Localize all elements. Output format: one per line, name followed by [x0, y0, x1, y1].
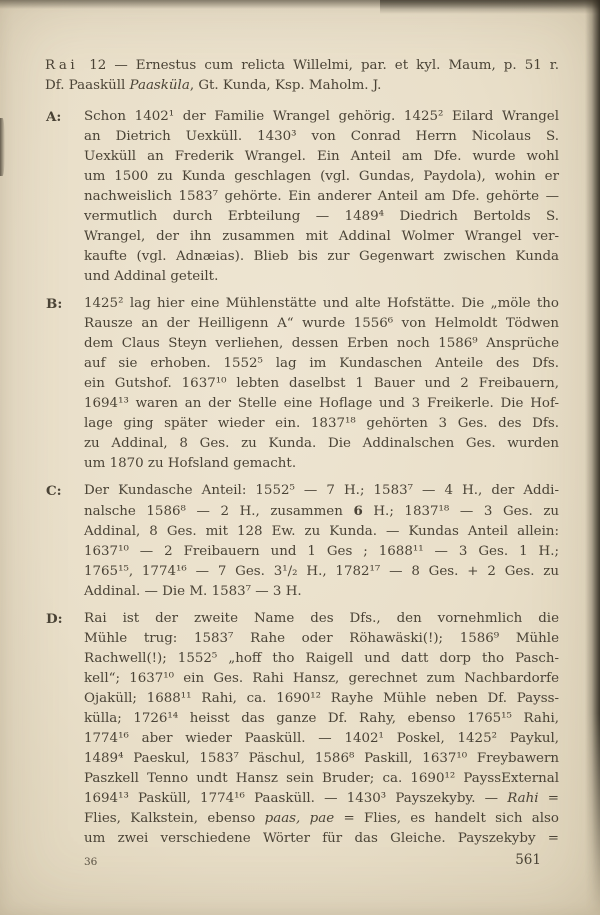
text-line: 1774¹⁶ aber wieder Paasküll. — 1402¹ Pos…: [84, 729, 559, 749]
text-segment: 1774¹⁶ aber wieder Paasküll. — 1402¹ Pos…: [84, 731, 559, 746]
text-line: 1694¹³ waren an der Stelle eine Hoflage …: [84, 394, 559, 414]
text-line: um zwei verschiedene Wörter für das Glei…: [84, 829, 559, 849]
text-line: nachweislich 1583⁷ gehörte. Ein anderer …: [84, 187, 559, 207]
text-segment: auf sie erhoben. 1552⁵ lag im Kundaschen…: [84, 356, 559, 371]
text-segment: nachweislich 1583⁷ gehörte. Ein anderer …: [84, 189, 559, 204]
entry-b: B:1425² lag hier eine Mühlenstätte und a…: [45, 294, 559, 474]
text-line: külla; 1726¹⁴ heisst das ganze Df. Rahy,…: [84, 709, 559, 729]
text-segment: Df. Paasküll: [45, 78, 130, 93]
text-segment: H.; 1837¹⁸ — 3 Ges. zu: [363, 504, 559, 519]
footer-page-number-right: 561: [515, 852, 541, 868]
entry-lines: Rai ist der zweite Name des Dfs., den vo…: [84, 609, 559, 849]
entry-label: C:: [46, 481, 62, 501]
footer-page-number-left: 36: [84, 856, 97, 868]
text-line: um 1500 zu Kunda geschlagen (vgl. Gundas…: [84, 167, 559, 187]
text-segment: und Addinal geteilt.: [84, 269, 218, 284]
book-page: Rai 12 — Ernestus cum relicta Willelmi, …: [0, 0, 600, 915]
text-segment: 1489⁴ Paeskul, 1583⁷ Päschul, 1586⁸ Pask…: [84, 751, 559, 766]
text-segment: Rai ist der zweite Name des Dfs., den vo…: [84, 611, 559, 626]
text-line: Rausze an der Heilligenn A“ wurde 1556⁶ …: [84, 314, 559, 334]
entry-label: B:: [46, 294, 62, 314]
text-segment: vermutlich durch Erbteilung — 1489⁴ Died…: [84, 209, 559, 224]
entries: A:Schon 1402¹ der Familie Wrangel gehöri…: [45, 107, 559, 849]
text-line: Addinal. — Die M. 1583⁷ — 3 H.: [84, 582, 559, 602]
text-line: und Addinal geteilt.: [84, 267, 559, 287]
text-segment: Rausze an der Heilligenn A“ wurde 1556⁶ …: [84, 316, 559, 331]
entry-lines: Der Kundasche Anteil: 1552⁵ — 7 H.; 1583…: [84, 481, 559, 602]
text-segment: paas, pae: [265, 811, 335, 826]
text-line: um 1870 zu Hofsland gemacht.: [84, 454, 559, 474]
page-header: Rai 12 — Ernestus cum relicta Willelmi, …: [45, 56, 559, 96]
text-segment: nalsche 1586⁸ — 2 H., zusammen: [84, 504, 353, 519]
text-line: ein Gutshof. 1637¹⁰ lebten daselbst 1 Ba…: [84, 374, 559, 394]
text-segment: 1765¹⁵, 1774¹⁶ — 7 Ges. 3¹/₂ H., 1782¹⁷ …: [84, 564, 559, 579]
text-segment: zu Addinal, 8 Ges. zu Kunda. Die Addinal…: [84, 436, 559, 451]
text-line: kaufte (vgl. Adnæias). Blieb bis zur Geg…: [84, 247, 559, 267]
text-line: Flies, Kalkstein, ebenso paas, pae = Fli…: [84, 809, 559, 829]
text-segment: 12 — Ernestus cum relicta Willelmi, par.…: [81, 58, 559, 73]
text-segment: 6: [353, 503, 362, 519]
text-line: 1694¹³ Pasküll, 1774¹⁶ Paasküll. — 1430³…: [84, 789, 559, 809]
page-content: Rai 12 — Ernestus cum relicta Willelmi, …: [45, 56, 559, 849]
text-segment: , Gt. Kunda, Ksp. Maholm. J.: [190, 78, 382, 93]
text-line: Mühle trug: 1583⁷ Rahe oder Röhawäski(!)…: [84, 629, 559, 649]
text-segment: Rahi: [507, 791, 538, 806]
entry-d: D:Rai ist der zweite Name des Dfs., den …: [45, 609, 559, 849]
text-line: zu Addinal, 8 Ges. zu Kunda. Die Addinal…: [84, 434, 559, 454]
text-segment: Mühle trug: 1583⁷ Rahe oder Röhawäski(!)…: [84, 631, 559, 646]
text-segment: Schon 1402¹ der Familie Wrangel gehörig.…: [84, 109, 559, 124]
text-segment: Wrangel, der ihn zusammen mit Addinal Wo…: [84, 229, 559, 244]
text-line: Wrangel, der ihn zusammen mit Addinal Wo…: [84, 227, 559, 247]
text-segment: 1637¹⁰ — 2 Freibauern und 1 Ges ; 1688¹¹…: [84, 544, 559, 559]
text-segment: =: [539, 791, 559, 806]
text-line: Rai ist der zweite Name des Dfs., den vo…: [84, 609, 559, 629]
text-line: Paszkell Tenno undt Hansz sein Bruder; c…: [84, 769, 559, 789]
text-segment: Uexküll an Frederik Wrangel. Ein Anteil …: [84, 149, 559, 164]
right-edge-shadow: [585, 0, 600, 915]
text-line: Uexküll an Frederik Wrangel. Ein Anteil …: [84, 147, 559, 167]
text-segment: Rachwell(!); 1552⁵ „hoff tho Raigell und…: [84, 651, 559, 666]
text-segment: Der Kundasche Anteil: 1552⁵ — 7 H.; 1583…: [84, 483, 559, 498]
text-line: auf sie erhoben. 1552⁵ lag im Kundaschen…: [84, 354, 559, 374]
text-line: vermutlich durch Erbteilung — 1489⁴ Died…: [84, 207, 559, 227]
text-segment: um 1870 zu Hofsland gemacht.: [84, 456, 296, 471]
text-segment: 1425² lag hier eine Mühlenstätte und alt…: [84, 296, 559, 311]
entry-lines: 1425² lag hier eine Mühlenstätte und alt…: [84, 294, 559, 474]
text-line: Rai 12 — Ernestus cum relicta Willelmi, …: [45, 56, 559, 76]
text-segment: 1694¹³ waren an der Stelle eine Hoflage …: [84, 396, 559, 411]
entry-c: C:Der Kundasche Anteil: 1552⁵ — 7 H.; 15…: [45, 481, 559, 602]
entry-a: A:Schon 1402¹ der Familie Wrangel gehöri…: [45, 107, 559, 287]
text-line: kell“; 1637¹⁰ ein Ges. Rahi Hansz, gerec…: [84, 669, 559, 689]
text-line: dem Claus Steyn verliehen, dessen Erben …: [84, 334, 559, 354]
text-line: Df. Paasküll Paasküla, Gt. Kunda, Ksp. M…: [45, 76, 559, 96]
text-line: Rachwell(!); 1552⁵ „hoff tho Raigell und…: [84, 649, 559, 669]
text-line: 1489⁴ Paeskul, 1583⁷ Päschul, 1586⁸ Pask…: [84, 749, 559, 769]
text-line: Ojaküll; 1688¹¹ Rahi, ca. 1690¹² Rayhe M…: [84, 689, 559, 709]
entry-label: D:: [46, 609, 63, 629]
text-line: 1765¹⁵, 1774¹⁶ — 7 Ges. 3¹/₂ H., 1782¹⁷ …: [84, 562, 559, 582]
entry-label: A:: [46, 107, 61, 127]
text-segment: um zwei verschiedene Wörter für das Glei…: [84, 831, 559, 846]
text-segment: = Flies, es handelt sich also: [334, 811, 559, 826]
text-line: 1637¹⁰ — 2 Freibauern und 1 Ges ; 1688¹¹…: [84, 542, 559, 562]
text-segment: Rai: [45, 58, 78, 73]
text-segment: lage ging später wieder ein. 1837¹⁸ gehö…: [84, 416, 559, 431]
text-segment: ein Gutshof. 1637¹⁰ lebten daselbst 1 Ba…: [84, 376, 559, 391]
text-line: Schon 1402¹ der Familie Wrangel gehörig.…: [84, 107, 559, 127]
left-edge-mark: [0, 118, 5, 176]
text-segment: Paszkell Tenno undt Hansz sein Bruder; c…: [84, 771, 559, 786]
text-line: an Dietrich Uexküll. 1430³ von Conrad He…: [84, 127, 559, 147]
text-line: nalsche 1586⁸ — 2 H., zusammen 6 H.; 183…: [84, 501, 559, 522]
text-segment: Addinal. — Die M. 1583⁷ — 3 H.: [84, 584, 302, 599]
top-right-edge-shadow: [380, 0, 600, 14]
text-segment: 1694¹³ Pasküll, 1774¹⁶ Paasküll. — 1430³…: [84, 791, 507, 806]
text-segment: Addinal, 8 Ges. mit 128 Ew. zu Kunda. — …: [84, 524, 559, 539]
text-segment: an Dietrich Uexküll. 1430³ von Conrad He…: [84, 129, 559, 144]
text-line: 1425² lag hier eine Mühlenstätte und alt…: [84, 294, 559, 314]
text-segment: dem Claus Steyn verliehen, dessen Erben …: [84, 336, 559, 351]
text-segment: kaufte (vgl. Adnæias). Blieb bis zur Geg…: [84, 249, 559, 264]
text-line: Der Kundasche Anteil: 1552⁵ — 7 H.; 1583…: [84, 481, 559, 501]
text-line: lage ging später wieder ein. 1837¹⁸ gehö…: [84, 414, 559, 434]
text-segment: külla; 1726¹⁴ heisst das ganze Df. Rahy,…: [84, 711, 559, 726]
entry-lines: Schon 1402¹ der Familie Wrangel gehörig.…: [84, 107, 559, 287]
text-segment: kell“; 1637¹⁰ ein Ges. Rahi Hansz, gerec…: [84, 671, 559, 686]
text-segment: um 1500 zu Kunda geschlagen (vgl. Gundas…: [84, 169, 559, 184]
text-segment: Ojaküll; 1688¹¹ Rahi, ca. 1690¹² Rayhe M…: [84, 691, 559, 706]
text-line: Addinal, 8 Ges. mit 128 Ew. zu Kunda. — …: [84, 522, 559, 542]
text-segment: Flies, Kalkstein, ebenso: [84, 811, 265, 826]
text-segment: Paasküla: [130, 78, 190, 93]
